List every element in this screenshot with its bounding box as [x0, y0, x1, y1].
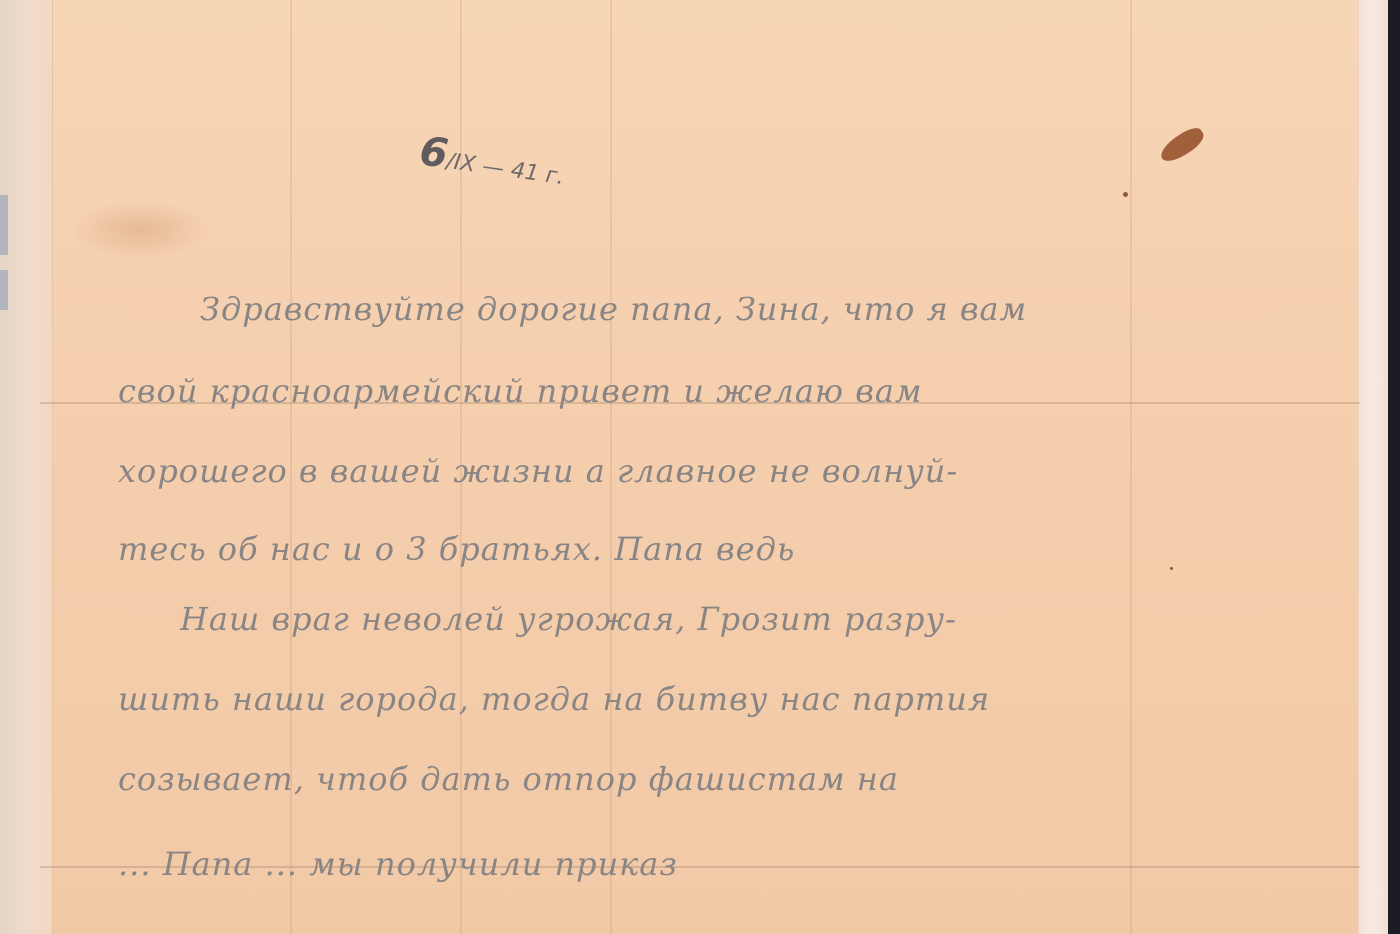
- letter-line-7: созывает, чтоб дать отпор фашистам на: [118, 760, 899, 798]
- blue-edge-mark: [0, 195, 8, 255]
- date-rest: /IX — 41 г.: [445, 149, 566, 190]
- ink-spot: [1170, 567, 1173, 570]
- ink-spot: [1123, 192, 1128, 197]
- letter-line-2: свой красноармейский привет и желаю вам: [118, 372, 923, 410]
- brown-stain: [1156, 124, 1207, 166]
- blue-edge-mark: [0, 270, 8, 310]
- letter-line-4: тесь об нас и о 3 братьях. Папа ведь: [118, 530, 795, 568]
- letter-line-3: хорошего в вашей жизни а главное не волн…: [118, 452, 958, 490]
- letter-date: 6/IX — 41 г.: [417, 128, 568, 194]
- scanner-frame-edge: [1388, 0, 1400, 934]
- letter-line-1: Здравствуйте дорогие папа, Зина, что я в…: [200, 290, 1027, 328]
- letter-sheet: 6/IX — 41 г. Здравствуйте дорогие папа, …: [0, 0, 1388, 934]
- paper-left-margin: [0, 0, 53, 934]
- fold-crease: [1130, 0, 1132, 934]
- paper-right-margin: [1358, 0, 1389, 934]
- letter-line-6: шить наши города, тогда на битву нас пар…: [118, 680, 990, 718]
- letter-line-8: ... Папа ... мы получили приказ: [118, 845, 678, 883]
- letter-line-5: Наш враг неволей угрожая, Грозит разру-: [180, 600, 957, 638]
- water-stain: [70, 200, 210, 260]
